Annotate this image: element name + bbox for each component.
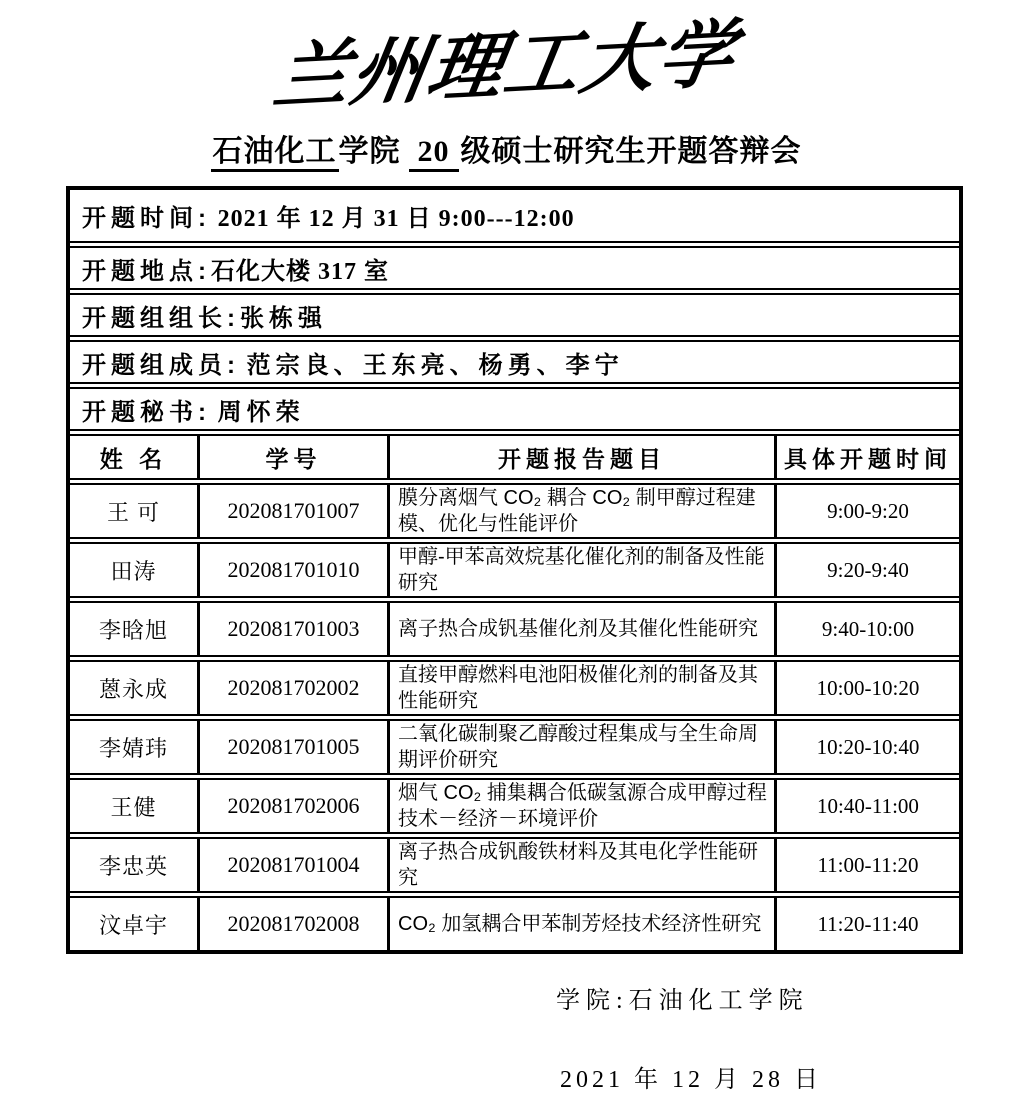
student-id: 202081701004 — [197, 839, 387, 891]
student-name: 王健 — [70, 780, 197, 832]
time-slot: 9:40-10:00 — [774, 603, 959, 655]
info-row-location: 开题地点:石化大楼 317 室 — [70, 241, 959, 288]
header-student-id: 学号 — [197, 436, 387, 478]
schedule-row-8: 汶卓宇 202081702008 CO₂ 加氢耦合甲苯制芳烃技术经济性研究 11… — [70, 891, 959, 950]
student-id: 202081701007 — [197, 485, 387, 537]
student-id: 202081702002 — [197, 662, 387, 714]
info-row-location-text: 开题地点:石化大楼 317 室 — [82, 251, 959, 286]
title-college-fill: 石油化工 — [211, 135, 339, 172]
info-secretary-label: 开题秘书: — [82, 399, 211, 426]
student-name: 蒽永成 — [70, 662, 197, 714]
info-row-members-text: 开题组成员: 范宗良、王东亮、杨勇、李宁 — [82, 345, 959, 380]
header-name: 姓 名 — [70, 436, 197, 478]
info-members-value: 范宗良、王东亮、杨勇、李宁 — [247, 352, 624, 379]
topic: 二氧化碳制聚乙醇酸过程集成与全生命周期评价研究 — [387, 721, 774, 773]
title-rest: 级硕士研究生开题答辩会 — [461, 135, 802, 168]
info-chair-value: 张栋强 — [240, 305, 327, 332]
info-row-chair-text: 开题组组长:张栋强 — [82, 298, 959, 333]
info-row-members: 开题组成员: 范宗良、王东亮、杨勇、李宁 — [70, 335, 959, 382]
university-logo: 兰州理工大学 — [267, 0, 744, 125]
schedule-row-7: 李忠英 202081701004 离子热合成钒酸铁材料及其电化学性能研究 11:… — [70, 832, 959, 891]
time-slot: 9:20-9:40 — [774, 544, 959, 596]
schedule-row-2: 田涛 202081701010 甲醇-甲苯高效烷基化催化剂的制备及性能研究 9:… — [70, 537, 959, 596]
schedule-row-1: 王 可 202081701007 膜分离烟气 CO₂ 耦合 CO₂ 制甲醇过程建… — [70, 478, 959, 537]
title-college-suffix: 学院 — [339, 135, 401, 168]
info-members-label: 开题组成员: — [82, 352, 240, 379]
topic: 离子热合成钒基催化剂及其催化性能研究 — [387, 603, 774, 655]
title-grade-fill: 20 — [409, 135, 459, 172]
schedule-row-5: 李婧玮 202081701005 二氧化碳制聚乙醇酸过程集成与全生命周期评价研究… — [70, 714, 959, 773]
info-time-value: 2021 年 12 月 31 日 9:00---12:00 — [218, 206, 575, 232]
time-slot: 11:20-11:40 — [774, 898, 959, 950]
info-secretary-value: 周怀荣 — [218, 399, 305, 426]
info-location-value: 石化大楼 317 室 — [211, 259, 389, 285]
time-slot: 9:00-9:20 — [774, 485, 959, 537]
footer-college-line: 学院:石油化工学院 — [556, 980, 1012, 1015]
student-id: 202081701010 — [197, 544, 387, 596]
student-id: 202081701003 — [197, 603, 387, 655]
schedule-row-6: 王健 202081702006 烟气 CO₂ 捕集耦合低碳氢源合成甲醇过程技术－… — [70, 773, 959, 832]
schedule-row-3: 李晗旭 202081701003 离子热合成钒基催化剂及其催化性能研究 9:40… — [70, 596, 959, 655]
info-row-chair: 开题组组长:张栋强 — [70, 288, 959, 335]
info-row-secretary: 开题秘书: 周怀荣 — [70, 382, 959, 429]
schedule-header-row: 姓 名 学号 开题报告题目 具体开题时间 — [70, 429, 959, 478]
time-slot: 10:20-10:40 — [774, 721, 959, 773]
student-name: 王 可 — [70, 485, 197, 537]
student-name: 李忠英 — [70, 839, 197, 891]
time-slot: 10:00-10:20 — [774, 662, 959, 714]
topic: 烟气 CO₂ 捕集耦合低碳氢源合成甲醇过程技术－经济－环境评价 — [387, 780, 774, 832]
topic: 直接甲醇燃料电池阳极催化剂的制备及其性能研究 — [387, 662, 774, 714]
time-slot: 11:00-11:20 — [774, 839, 959, 891]
university-logo-area: 兰州理工大学 — [0, 0, 1012, 112]
info-row-time: 开题时间: 2021 年 12 月 31 日 9:00---12:00 — [70, 190, 959, 241]
footer-date-line: 2021 年 12 月 28 日 — [560, 1059, 1012, 1094]
topic: 膜分离烟气 CO₂ 耦合 CO₂ 制甲醇过程建模、优化与性能评价 — [387, 485, 774, 537]
student-name: 李婧玮 — [70, 721, 197, 773]
defense-schedule-table: 开题时间: 2021 年 12 月 31 日 9:00---12:00 开题地点… — [66, 186, 963, 954]
time-slot: 10:40-11:00 — [774, 780, 959, 832]
info-chair-label: 开题组组长: — [82, 305, 240, 332]
student-id: 202081701005 — [197, 721, 387, 773]
student-name: 李晗旭 — [70, 603, 197, 655]
header-topic: 开题报告题目 — [387, 436, 774, 478]
student-name: 田涛 — [70, 544, 197, 596]
student-id: 202081702008 — [197, 898, 387, 950]
header-time: 具体开题时间 — [774, 436, 959, 478]
info-location-label: 开题地点: — [82, 258, 211, 285]
student-id: 202081702006 — [197, 780, 387, 832]
info-row-time-text: 开题时间: 2021 年 12 月 31 日 9:00---12:00 — [82, 198, 959, 233]
topic: CO₂ 加氢耦合甲苯制芳烃技术经济性研究 — [387, 898, 774, 950]
topic: 甲醇-甲苯高效烷基化催化剂的制备及性能研究 — [387, 544, 774, 596]
info-row-secretary-text: 开题秘书: 周怀荣 — [82, 392, 959, 427]
student-name: 汶卓宇 — [70, 898, 197, 950]
topic: 离子热合成钒酸铁材料及其电化学性能研究 — [387, 839, 774, 891]
schedule-row-4: 蒽永成 202081702002 直接甲醇燃料电池阳极催化剂的制备及其性能研究 … — [70, 655, 959, 714]
info-time-label: 开题时间: — [82, 205, 211, 232]
page-title: 石油化工学院20级硕士研究生开题答辩会 — [0, 126, 1012, 170]
